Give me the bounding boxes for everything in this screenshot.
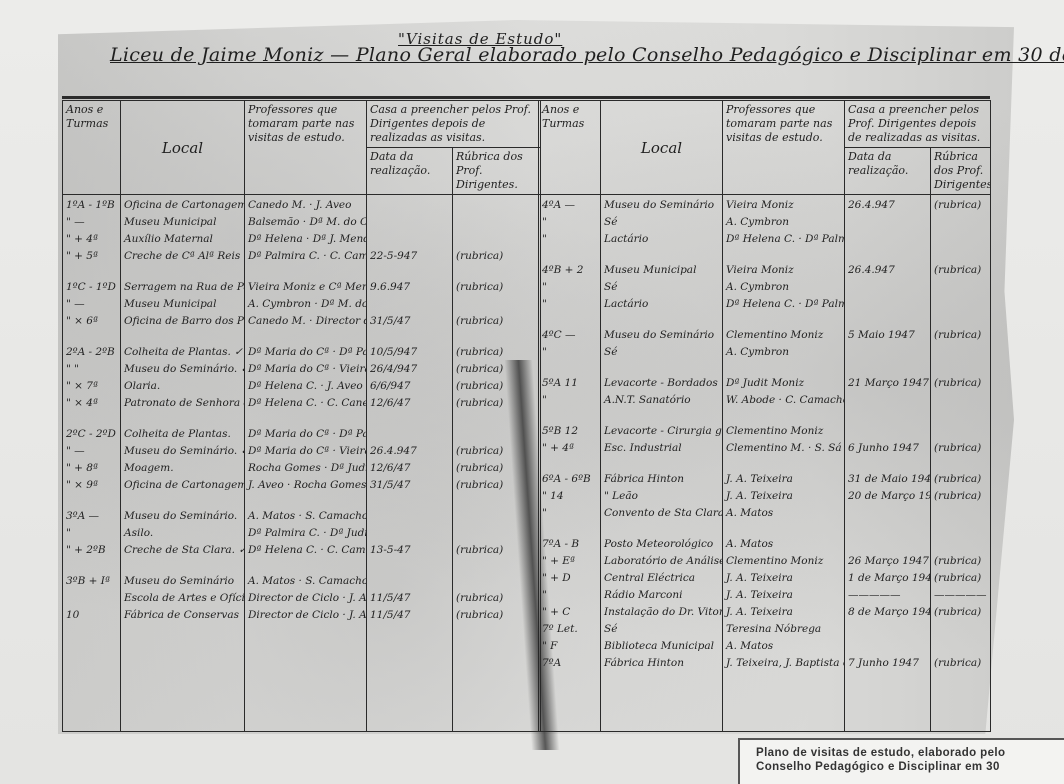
table-row-turma: 10 <box>66 607 117 624</box>
table-row-local: Rádio Marconi <box>604 587 719 604</box>
table-row-professores: Canedo M. · J. Aveo <box>248 197 363 214</box>
table-row-rubrica: (rubrica) <box>934 655 987 672</box>
group-spacer <box>542 409 597 423</box>
group-spacer <box>370 412 449 426</box>
table-row-local: Museu Municipal <box>604 262 719 279</box>
table-row-data: 31/5/47 <box>370 313 449 330</box>
table-row-data: 26 Março 1947 <box>848 553 927 570</box>
col-data-realizacao: Data da realização. <box>845 148 931 195</box>
group-spacer <box>456 265 537 279</box>
rubrica-cell: (rubrica)(rubrica)(rubrica)(rubrica)(rub… <box>931 195 991 732</box>
table-row-rubrica <box>934 296 987 313</box>
table-row-local: Convento de Sta Clara <box>604 505 719 522</box>
table-row-local: Sé <box>604 344 719 361</box>
table-row-rubrica: (rubrica) <box>934 471 987 488</box>
table-row-data: 6 Junho 1947 <box>848 440 927 457</box>
table-row-turma: 1ºA - 1ºB <box>66 197 117 214</box>
local-cell: Museu do SeminárioSéLactárioMuseu Munici… <box>601 195 723 732</box>
table-row-rubrica: (rubrica) <box>456 279 537 296</box>
table-row-local: Biblioteca Municipal <box>604 638 719 655</box>
group-spacer <box>934 457 987 471</box>
table-row-turma: " — <box>66 443 117 460</box>
table-row-local: Colheita de Plantas. <box>124 426 241 443</box>
table-row-local: Oficina de Cartonagem <box>124 197 241 214</box>
table-row-turma: 3ºA — <box>66 508 117 525</box>
table-row-turma: " <box>542 279 597 296</box>
table-row-local: Museu do Seminário <box>604 327 719 344</box>
table-row-local: Moagem. <box>124 460 241 477</box>
table-row-data: 8 de Março 1947 <box>848 604 927 621</box>
table-row-local: Escola de Artes e Ofícios ✓ <box>124 590 241 607</box>
table-row-professores: Dª Palmira C. · Dª Judit M. <box>248 525 363 542</box>
table-row-data: 31 de Maio 1947 <box>848 471 927 488</box>
table-row-rubrica: (rubrica) <box>934 197 987 214</box>
professores-cell: Vieira MonizA. CymbronDª Helena C. · Dª … <box>723 195 845 732</box>
col-casa-preencher: Casa a preencher pelos Prof. Dirigentes … <box>845 101 991 148</box>
group-spacer <box>604 457 719 471</box>
table-row-professores: A. Cymbron <box>726 214 841 231</box>
table-row-professores: Vieira Moniz <box>726 197 841 214</box>
table-row-turma: 4ºB + 2 <box>542 262 597 279</box>
table-row-rubrica <box>456 231 537 248</box>
table-row-data: 11/5/47 <box>370 607 449 624</box>
table-row-professores: Vieira Moniz <box>726 262 841 279</box>
table-row-rubrica: (rubrica) <box>934 327 987 344</box>
table-row-professores: Dª Judit Moniz <box>726 375 841 392</box>
table-row-data: 9.6.947 <box>370 279 449 296</box>
table-row-local: Oficina de Barro dos Povos ✓ <box>124 313 241 330</box>
group-spacer <box>124 494 241 508</box>
table-row-professores: Dª Helena C. · C. Camacho <box>248 542 363 559</box>
table-row-data: ————— <box>848 587 927 604</box>
table-row-local: Instalação do Dr. Vitorino <box>604 604 719 621</box>
table-row-professores: Vieira Moniz e Cª Mengíz <box>248 279 363 296</box>
group-spacer <box>848 522 927 536</box>
table-row-professores: J. A. Teixeira <box>726 471 841 488</box>
group-spacer <box>604 248 719 262</box>
table-row-rubrica: (rubrica) <box>934 262 987 279</box>
professores-cell: Canedo M. · J. AveoBalsemão · Dª M. do C… <box>245 195 367 732</box>
table-row-local: Sé <box>604 214 719 231</box>
table-row-rubrica <box>456 197 537 214</box>
table-row-local: Lactário <box>604 296 719 313</box>
group-spacer <box>542 248 597 262</box>
col-data-realizacao: Data da realização. <box>367 148 453 195</box>
table-row-local: Auxílio Maternal <box>124 231 241 248</box>
group-spacer <box>248 330 363 344</box>
table-row-turma: " <box>542 296 597 313</box>
group-spacer <box>726 457 841 471</box>
header-rule <box>62 96 990 99</box>
turma-cell: 1ºA - 1ºB" —" + 4ª" + 5ª1ºC - 1ºD" —" × … <box>63 195 121 732</box>
table-row-data <box>370 214 449 231</box>
table-row-professores: J. A. Teixeira <box>726 488 841 505</box>
table-row-rubrica <box>456 296 537 313</box>
group-spacer <box>66 412 117 426</box>
group-spacer <box>124 412 241 426</box>
group-spacer <box>848 409 927 423</box>
table-row-professores: A. Cymbron <box>726 344 841 361</box>
table-row-turma <box>66 590 117 607</box>
group-spacer <box>248 412 363 426</box>
table-row-rubrica <box>934 392 987 409</box>
group-spacer <box>604 522 719 536</box>
caption-line-1: Plano de visitas de estudo, elaborado pe… <box>756 746 1054 760</box>
group-spacer <box>848 361 927 375</box>
table-row-local: Asilo. <box>124 525 241 542</box>
table-row-professores: J. Teixeira, J. Baptista e J. Aveo <box>726 655 841 672</box>
table-row-professores: Dª Maria do Cª · Vieira M. <box>248 361 363 378</box>
table-row-professores: Clementino M. · S. Sá <box>726 440 841 457</box>
table-row-professores: A. Matos · S. Camacho <box>248 573 363 590</box>
table-row-turma: 4ºC — <box>542 327 597 344</box>
table-row-local: Museu do Seminário <box>124 573 241 590</box>
group-spacer <box>124 265 241 279</box>
table-row-data <box>848 621 927 638</box>
table-row-turma: 5ºB 12 <box>542 423 597 440</box>
table-row-local: Fábrica Hinton <box>604 471 719 488</box>
col-professores: Professores que tomaram parte nas visita… <box>723 101 845 195</box>
table-row-local: Lactário <box>604 231 719 248</box>
table-row-professores: Canedo M. · Director de Ciclo <box>248 313 363 330</box>
table-row-professores: A. Cymbron · Dª M. do Cª <box>248 296 363 313</box>
group-spacer <box>66 265 117 279</box>
col-local: Local <box>601 101 723 195</box>
table-row-data: 22-5-947 <box>370 248 449 265</box>
group-spacer <box>934 313 987 327</box>
table-row-data <box>848 423 927 440</box>
table-row-turma: " × 7ª <box>66 378 117 395</box>
table-row-turma: " " <box>66 361 117 378</box>
table-row-rubrica: (rubrica) <box>456 313 537 330</box>
col-anos-turmas: Anos e Turmas <box>539 101 601 195</box>
group-spacer <box>542 361 597 375</box>
table-row-turma: 6ºA - 6ºB <box>542 471 597 488</box>
table-row-professores: Dª Palmira C. · C. Camacho <box>248 248 363 265</box>
group-spacer <box>370 494 449 508</box>
table-row-data <box>848 392 927 409</box>
table-row-professores: Dª Helena C. · Dª Palmira C. <box>726 231 841 248</box>
table-row-data: 26.4.947 <box>370 443 449 460</box>
table-row-professores: Dª Maria do Cª · Dª Palmira C. <box>248 344 363 361</box>
table-row-local: Patronato de Senhora das Dores <box>124 395 241 412</box>
table-row-local: Museu do Seminário. ✓ <box>124 361 241 378</box>
table-row-rubrica <box>934 638 987 655</box>
table-row-turma: 2ºA - 2ºB <box>66 344 117 361</box>
group-spacer <box>726 248 841 262</box>
table-row-professores: A. Matos <box>726 638 841 655</box>
table-row-data <box>848 214 927 231</box>
table-row-turma: " + Eª <box>542 553 597 570</box>
table-row-data <box>370 231 449 248</box>
group-spacer <box>726 313 841 327</box>
table-row-professores: Clementino Moniz <box>726 327 841 344</box>
table-row-data <box>848 505 927 522</box>
group-spacer <box>124 330 241 344</box>
table-row-local: Levacorte - Bordados <box>604 375 719 392</box>
table-row-data <box>848 344 927 361</box>
table-row-turma: " × 4ª <box>66 395 117 412</box>
table-row-professores: Teresina Nóbrega <box>726 621 841 638</box>
table-row-turma: " <box>542 392 597 409</box>
table-row-local: Sé <box>604 621 719 638</box>
table-row-rubrica <box>456 214 537 231</box>
col-rubrica: Rúbrica dos Prof. Dirigentes. <box>931 148 991 195</box>
group-spacer <box>248 494 363 508</box>
table-row-turma: " + 2ºB <box>66 542 117 559</box>
table-row-professores: J. Aveo · Rocha Gomes <box>248 477 363 494</box>
table-row-data <box>848 231 927 248</box>
table-row-rubrica: (rubrica) <box>934 570 987 587</box>
table-row-professores: Dª Maria do Cª · Vieira Moniz <box>248 443 363 460</box>
table-row-local: Colheita de Plantas. ✓ <box>124 344 241 361</box>
table-row-turma: " <box>542 505 597 522</box>
group-spacer <box>934 522 987 536</box>
table-row-turma: " × 9ª <box>66 477 117 494</box>
table-row-turma: " <box>66 525 117 542</box>
table-row-professores: A. Matos · S. Camacho <box>248 508 363 525</box>
table-row-local: Creche de Cª Alª Reis ✓ <box>124 248 241 265</box>
group-spacer <box>848 313 927 327</box>
table-row-professores: Dª Helena C. · J. Aveo <box>248 378 363 395</box>
table-row-turma: 3ºB + Iª <box>66 573 117 590</box>
group-spacer <box>542 313 597 327</box>
table-row-professores: J. A. Teixeira <box>726 587 841 604</box>
table-row-local: Museu do Seminário <box>604 197 719 214</box>
table-row-data: 12/6/47 <box>370 395 449 412</box>
table-row-turma: " + 4ª <box>66 231 117 248</box>
table-row-data: 21 Março 1947 <box>848 375 927 392</box>
table-row-local: Esc. Industrial <box>604 440 719 457</box>
table-row-data: 1 de Março 1947 <box>848 570 927 587</box>
table-row-local: Sé <box>604 279 719 296</box>
table-row-professores: A. Cymbron <box>726 279 841 296</box>
col-casa-preencher: Casa a preencher pelos Prof. Dirigentes … <box>367 101 541 148</box>
table-row-professores: Balsemão · Dª M. do Cª <box>248 214 363 231</box>
group-spacer <box>604 409 719 423</box>
group-spacer <box>934 361 987 375</box>
group-spacer <box>456 330 537 344</box>
table-row-turma: 1ºC - 1ºD <box>66 279 117 296</box>
table-row-data <box>370 508 449 525</box>
group-spacer <box>726 409 841 423</box>
table-row-data: 10/5/947 <box>370 344 449 361</box>
table-row-data <box>848 536 927 553</box>
table-row-turma: 2ºC - 2ºD <box>66 426 117 443</box>
table-row-professores: Dª Helena C. · C. Canedo <box>248 395 363 412</box>
table-row-turma: " + 8ª <box>66 460 117 477</box>
group-spacer <box>66 494 117 508</box>
table-row-local: Oficina de Cartonagem. ✓ <box>124 477 241 494</box>
table-row-rubrica: (rubrica) <box>934 375 987 392</box>
document-title: Liceu de Jaime Moniz — Plano Geral elabo… <box>110 44 1064 66</box>
table-row-data <box>370 426 449 443</box>
table-row-rubrica: (rubrica) <box>934 440 987 457</box>
col-rubrica: Rúbrica dos Prof. Dirigentes. <box>453 148 541 195</box>
group-spacer <box>542 457 597 471</box>
table-row-local: Museu Municipal <box>124 214 241 231</box>
table-row-data: 26/4/947 <box>370 361 449 378</box>
group-spacer <box>604 313 719 327</box>
visits-table-right: Anos e Turmas Local Professores que toma… <box>538 100 991 732</box>
table-row-turma: " — <box>66 214 117 231</box>
group-spacer <box>542 522 597 536</box>
table-row-professores: A. Matos <box>726 536 841 553</box>
table-row-professores: A. Matos <box>726 505 841 522</box>
table-row-data: 20 de Março 1947 <box>848 488 927 505</box>
table-row-local: Fábrica Hinton <box>604 655 719 672</box>
table-row-turma: " + D <box>542 570 597 587</box>
table-row-data: 12/6/47 <box>370 460 449 477</box>
table-row-turma: 4ºA — <box>542 197 597 214</box>
col-local: Local <box>121 101 245 195</box>
table-row-rubrica <box>934 279 987 296</box>
table-row-turma: 5ºA 11 <box>542 375 597 392</box>
table-row-turma: " + 5ª <box>66 248 117 265</box>
table-row-professores: Clementino Moniz <box>726 553 841 570</box>
group-spacer <box>726 522 841 536</box>
table-row-local: Posto Meteorológico <box>604 536 719 553</box>
table-row-rubrica <box>934 621 987 638</box>
table-row-local: Serragem na Rua de Pátio <box>124 279 241 296</box>
table-row-professores: Dª Helena C. · Dª Palmira C. <box>726 296 841 313</box>
table-row-local: A.N.T. Sanatório <box>604 392 719 409</box>
table-row-data <box>370 197 449 214</box>
table-row-turma: " <box>542 344 597 361</box>
table-row-rubrica <box>934 423 987 440</box>
table-row-professores: J. A. Teixeira <box>726 570 841 587</box>
group-spacer <box>66 559 117 573</box>
table-row-data <box>848 638 927 655</box>
table-row-professores: Director de Ciclo · J. Aveo <box>248 607 363 624</box>
table-row-local: " Leão <box>604 488 719 505</box>
table-row-professores: Director de Ciclo · J. Aveo <box>248 590 363 607</box>
group-spacer <box>934 409 987 423</box>
table-row-data: 5 Maio 1947 <box>848 327 927 344</box>
table-row-data <box>370 525 449 542</box>
table-row-rubrica <box>934 214 987 231</box>
table-row-data: 31/5/47 <box>370 477 449 494</box>
table-row-turma: " <box>542 587 597 604</box>
group-spacer <box>370 559 449 573</box>
table-row-professores: Rocha Gomes · Dª Judit M. <box>248 460 363 477</box>
table-row-data <box>848 279 927 296</box>
group-spacer <box>66 330 117 344</box>
table-row-turma: " + 4ª <box>542 440 597 457</box>
local-cell: Oficina de CartonagemMuseu MunicipalAuxí… <box>121 195 245 732</box>
table-row-data: 26.4.947 <box>848 197 927 214</box>
table-row-rubrica <box>934 344 987 361</box>
table-row-data: 11/5/47 <box>370 590 449 607</box>
table-row-rubrica: (rubrica) <box>456 248 537 265</box>
table-row-turma: " × 6ª <box>66 313 117 330</box>
table-row-local: Levacorte - Cirurgia geral <box>604 423 719 440</box>
group-spacer <box>848 457 927 471</box>
table-row-professores: Clementino Moniz <box>726 423 841 440</box>
col-professores: Professores que tomaram parte nas visita… <box>245 101 367 195</box>
table-row-local: Museu do Seminário. <box>124 508 241 525</box>
table-row-turma: " 14 <box>542 488 597 505</box>
visits-table-left: Anos e Turmas Local Professores que toma… <box>62 100 541 732</box>
caption-line-2: Conselho Pedagógico e Disciplinar em 30 <box>756 760 1054 774</box>
table-row-rubrica: (rubrica) <box>456 344 537 361</box>
table-row-local: Creche de Sta Clara. ✓ <box>124 542 241 559</box>
table-row-data <box>370 296 449 313</box>
col-anos-turmas: Anos e Turmas <box>63 101 121 195</box>
group-spacer <box>370 265 449 279</box>
table-row-professores: Dª Helena · Dª J. Mendes <box>248 231 363 248</box>
group-spacer <box>604 361 719 375</box>
table-row-rubrica <box>934 231 987 248</box>
caption-box: Plano de visitas de estudo, elaborado pe… <box>738 738 1064 784</box>
table-row-turma: 7ºA - B <box>542 536 597 553</box>
table-row-rubrica: (rubrica) <box>934 553 987 570</box>
group-spacer <box>370 330 449 344</box>
table-row-data <box>848 296 927 313</box>
table-row-data: 26.4.947 <box>848 262 927 279</box>
table-row-data: 13-5-47 <box>370 542 449 559</box>
group-spacer <box>248 559 363 573</box>
table-row-rubrica: (rubrica) <box>934 604 987 621</box>
table-row-local: Central Eléctrica <box>604 570 719 587</box>
table-row-turma: " <box>542 214 597 231</box>
table-row-professores: J. A. Teixeira <box>726 604 841 621</box>
table-row-rubrica <box>934 536 987 553</box>
table-row-local: Laboratório de Análises <box>604 553 719 570</box>
table-row-rubrica: ————— <box>934 587 987 604</box>
table-row-rubrica <box>934 505 987 522</box>
group-spacer <box>726 361 841 375</box>
table-row-turma: " — <box>66 296 117 313</box>
table-row-local: Olaria. <box>124 378 241 395</box>
table-row-local: Fábrica de Conservas ✓ <box>124 607 241 624</box>
table-row-local: Museu Municipal <box>124 296 241 313</box>
group-spacer <box>124 559 241 573</box>
data-cell: 26.4.94726.4.9475 Maio 194721 Março 1947… <box>845 195 931 732</box>
table-row-local: Museu do Seminário. ✓ <box>124 443 241 460</box>
group-spacer <box>848 248 927 262</box>
table-row-professores: W. Abode · C. Camacho <box>726 392 841 409</box>
table-row-rubrica: (rubrica) <box>934 488 987 505</box>
table-row-turma: " <box>542 231 597 248</box>
data-cell: 22-5-9479.6.94731/5/4710/5/94726/4/9476/… <box>367 195 453 732</box>
group-spacer <box>934 248 987 262</box>
table-row-data: 6/6/947 <box>370 378 449 395</box>
table-row-data <box>370 573 449 590</box>
table-row-professores: Dª Maria do Cª · Dª Palmira <box>248 426 363 443</box>
group-spacer <box>248 265 363 279</box>
table-row-data: 7 Junho 1947 <box>848 655 927 672</box>
